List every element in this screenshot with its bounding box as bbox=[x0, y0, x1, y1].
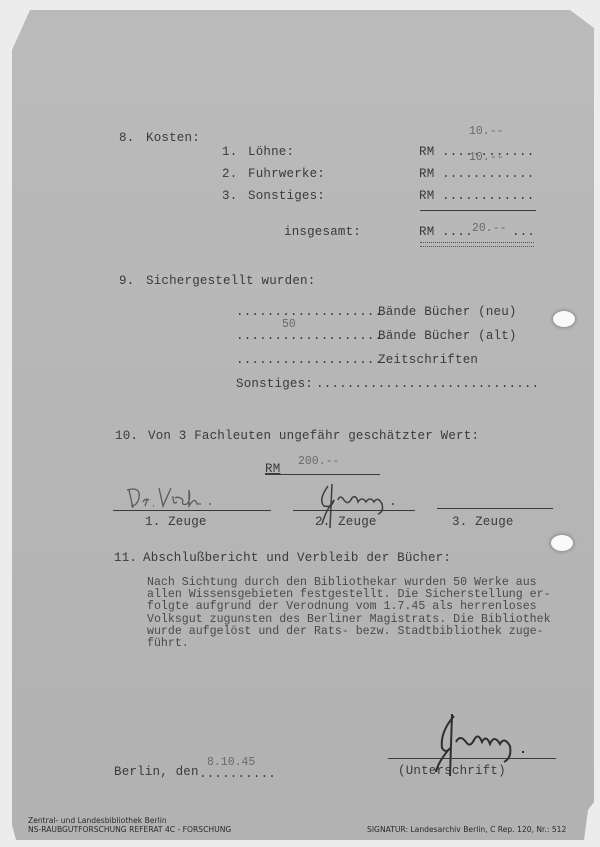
report-line: wurde aufgelöst und der Rats- bezw. Stad… bbox=[147, 626, 567, 638]
total-label: insgesamt: bbox=[284, 225, 361, 239]
secured-row-dots: ................... bbox=[236, 329, 382, 343]
witness1-label: 1. Zeuge bbox=[145, 515, 207, 529]
total-double-underline bbox=[420, 242, 534, 247]
total-currency: RM bbox=[419, 225, 434, 239]
section11-title: Abschlußbericht und Verbleib der Bücher: bbox=[143, 551, 451, 565]
section8-number: 8. bbox=[119, 131, 134, 145]
cost-item-currency: RM bbox=[419, 167, 434, 181]
signature-label: (Unterschrift) bbox=[398, 764, 506, 778]
section10-number: 10. bbox=[115, 429, 138, 443]
punch-hole bbox=[553, 311, 575, 327]
secured-other-dots: ............................. bbox=[316, 377, 539, 391]
cost-item-num: 3. bbox=[222, 189, 237, 203]
cost-item-value: 10.-- bbox=[469, 125, 504, 138]
date-dots: .......... bbox=[199, 767, 276, 781]
secured-row-label: Bände Bücher (neu) bbox=[378, 305, 517, 319]
section9-number: 9. bbox=[119, 274, 134, 288]
total-dots-before: .... bbox=[442, 225, 473, 239]
secured-row-label: Bände Bücher (alt) bbox=[378, 329, 517, 343]
secured-row-dots: ................... bbox=[236, 353, 382, 367]
section9-title: Sichergestellt wurden: bbox=[146, 274, 315, 288]
section10-title: Von 3 Fachleuten ungefähr geschätzter We… bbox=[148, 429, 479, 443]
place-label: Berlin, den bbox=[114, 765, 199, 779]
total-value: 20.-- bbox=[472, 222, 507, 235]
secured-other-label: Sonstiges: bbox=[236, 377, 313, 391]
report-line: führt. bbox=[147, 638, 567, 650]
report-line: folgte aufgrund der Verodnung vom 1.7.45… bbox=[147, 601, 567, 613]
footer-institution: Zentral- und Landesbibliothek BerlinNS-R… bbox=[28, 816, 231, 834]
witness1-line bbox=[113, 510, 271, 511]
cost-item-dots: ............ bbox=[442, 167, 534, 181]
cost-item-num: 1. bbox=[222, 145, 237, 159]
value-amount: 200.-- bbox=[298, 455, 339, 468]
cost-item-value: 10.-- bbox=[469, 151, 504, 164]
witness1-signature bbox=[125, 482, 245, 512]
cost-item-label: Fuhrwerke: bbox=[248, 167, 325, 181]
secured-row-dots: ................... bbox=[236, 305, 382, 319]
footer-signature-ref: SIGNATUR: Landesarchiv Berlin, C Rep. 12… bbox=[367, 825, 566, 834]
total-dots-after: ... bbox=[512, 225, 535, 239]
footer-line: NS-RAUBGUTFORSCHUNG REFERAT 4C - FORSCHU… bbox=[28, 825, 231, 834]
section8-title: Kosten: bbox=[146, 131, 200, 145]
witness3-label: 3. Zeuge bbox=[452, 515, 514, 529]
cost-item-num: 2. bbox=[222, 167, 237, 181]
value-rule bbox=[265, 474, 380, 475]
witness2-line bbox=[293, 510, 415, 511]
sum-rule bbox=[420, 210, 536, 211]
footer-line: Zentral- und Landesbibliothek Berlin bbox=[28, 816, 231, 825]
secured-row-label: Zeitschriften bbox=[378, 353, 478, 367]
cost-item-label: Löhne: bbox=[248, 145, 294, 159]
witness2-label: 2. Zeuge bbox=[315, 515, 377, 529]
section11-number: 11. bbox=[114, 551, 137, 565]
cost-item-dots: ............ bbox=[442, 189, 534, 203]
punch-hole bbox=[551, 535, 573, 551]
cost-item-currency: RM bbox=[419, 189, 434, 203]
final-report-text: Nach Sichtung durch den Bibliothekar wur… bbox=[147, 577, 567, 650]
witness3-line bbox=[437, 508, 553, 509]
report-line: Volksgut zugunsten des Berliner Magistra… bbox=[147, 614, 567, 626]
cost-item-currency: RM bbox=[419, 145, 434, 159]
signature-line bbox=[388, 758, 556, 759]
cost-item-label: Sonstiges: bbox=[248, 189, 325, 203]
